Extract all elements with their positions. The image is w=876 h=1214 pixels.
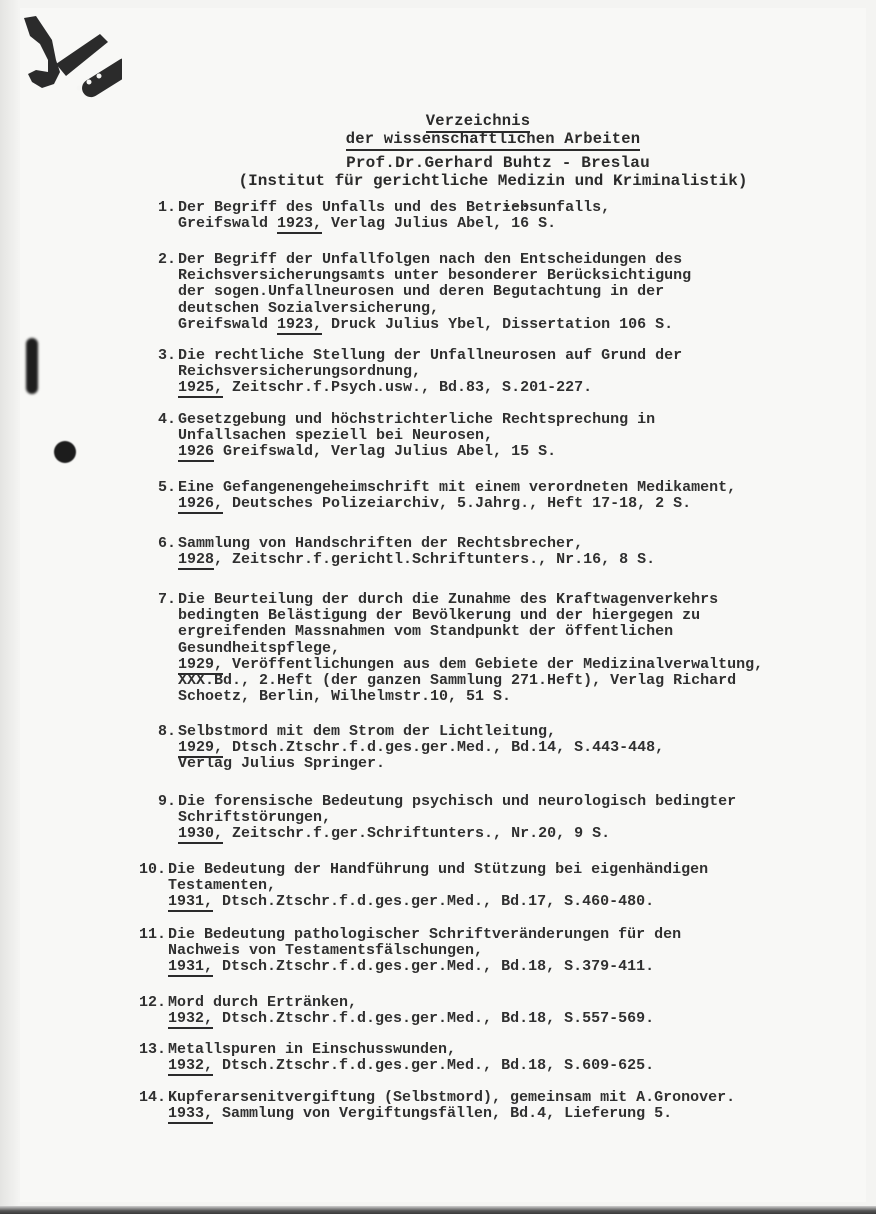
- entry-title-line: Selbstmord mit dem Strom der Lichtleitun…: [178, 724, 664, 740]
- entry-citation-line: 1929, Veröffentlichungen aus dem Gebiete…: [178, 657, 763, 673]
- document-subtitle: der wissenschaftlichen Arbeiten: [110, 130, 876, 148]
- publication-year: 1926: [178, 443, 214, 462]
- publication-year: 1932,: [168, 1057, 213, 1076]
- citation-place: Greifswald: [178, 215, 277, 232]
- entry-citation-line: 1932, Dtsch.Ztschr.f.d.ges.ger.Med., Bd.…: [168, 1011, 654, 1027]
- publication-entry: 1.Der Begriff des Unfalls und des Betrie…: [120, 200, 610, 232]
- entry-title-line: Die Bedeutung pathologischer Schriftverä…: [168, 927, 681, 943]
- citation-details: Greifswald, Verlag Julius Abel, 15 S.: [214, 443, 556, 460]
- entry-number: 12.: [110, 995, 166, 1011]
- entry-citation-line: Greifswald 1923, Verlag Julius Abel, 16 …: [178, 216, 610, 232]
- entry-citation-line: 1928, Zeitschr.f.gerichtl.Schriftunters.…: [178, 552, 655, 568]
- publication-year: 1923,: [277, 316, 322, 335]
- entry-title-line: deutschen Sozialversicherung,: [178, 301, 691, 317]
- entry-number: 9.: [120, 794, 176, 810]
- punch-hole: [54, 441, 76, 463]
- citation-details: , Zeitschr.f.gerichtl.Schriftunters., Nr…: [214, 551, 655, 568]
- entry-body: Gesetzgebung und höchstrichterliche Rech…: [178, 412, 655, 461]
- publication-entry: 9.Die forensische Bedeutung psychisch un…: [120, 794, 736, 843]
- entry-title-line: Kupferarsenitvergiftung (Selbstmord), ge…: [168, 1090, 735, 1106]
- entry-citation-line: 1926 Greifswald, Verlag Julius Abel, 15 …: [178, 444, 655, 460]
- document-title: Verzeichnis: [80, 112, 876, 130]
- citation-details: Zeitschr.f.ger.Schriftunters., Nr.20, 9 …: [223, 825, 610, 842]
- entry-title-line: Die forensische Bedeutung psychisch und …: [178, 794, 736, 810]
- citation-details: Dtsch.Ztschr.f.d.ges.ger.Med., Bd.18, S.…: [213, 958, 654, 975]
- entry-title-line: Die rechtliche Stellung der Unfallneuros…: [178, 348, 682, 364]
- entry-number: 6.: [120, 536, 176, 552]
- entry-title-line: der sogen.Unfallneurosen und deren Begut…: [178, 284, 691, 300]
- entry-citation-continuation: Schoetz, Berlin, Wilhelmstr.10, 51 S.: [178, 689, 763, 705]
- entry-body: Der Begriff der Unfallfolgen nach den En…: [178, 252, 691, 333]
- entry-number: 14.: [110, 1090, 166, 1106]
- entry-title-line: ergreifenden Massnahmen vom Standpunkt d…: [178, 624, 763, 640]
- citation-details: Verlag Julius Abel, 16 S.: [322, 215, 556, 232]
- entry-title-line: Der Begriff der Unfallfolgen nach den En…: [178, 252, 691, 268]
- entry-body: Die rechtliche Stellung der Unfallneuros…: [178, 348, 682, 397]
- publication-year: 1930,: [178, 825, 223, 844]
- publication-entry: 8.Selbstmord mit dem Strom der Lichtleit…: [120, 724, 664, 773]
- entry-citation-line: 1932, Dtsch.Ztschr.f.d.ges.ger.Med., Bd.…: [168, 1058, 654, 1074]
- entry-title-line: Reichsversicherungsordnung,: [178, 364, 682, 380]
- binding-mark: [26, 338, 38, 394]
- entry-title-line: bedingten Belästigung der Bevölkerung un…: [178, 608, 763, 624]
- entry-number: 10.: [110, 862, 166, 878]
- entry-title-line: Gesundheitspflege,: [178, 641, 763, 657]
- entry-citation-line: 1930, Zeitschr.f.ger.Schriftunters., Nr.…: [178, 826, 736, 842]
- entry-title-line: Reichsversicherungsamts unter besonderer…: [178, 268, 691, 284]
- citation-details: Dtsch.Ztschr.f.d.ges.ger.Med., Bd.14, S.…: [223, 739, 664, 756]
- publication-year: 1933,: [168, 1105, 213, 1124]
- entry-title-line: Mord durch Ertränken,: [168, 995, 654, 1011]
- entry-citation-continuation: Verlag Julius Springer.: [178, 756, 664, 772]
- entry-body: Die Beurteilung der durch die Zunahme de…: [178, 592, 763, 705]
- institute-line: (Institut für gerichtliche Medizin und K…: [110, 172, 876, 190]
- entry-citation-continuation: XXX.Bd., 2.Heft (der ganzen Sammlung 271…: [178, 673, 763, 689]
- publication-year: 1926,: [178, 495, 223, 514]
- citation-details: Dtsch.Ztschr.f.d.ges.ger.Med., Bd.17, S.…: [213, 893, 654, 910]
- publication-entry: 10.Die Bedeutung der Handführung und Stü…: [110, 862, 708, 911]
- entry-body: Die Bedeutung der Handführung und Stützu…: [168, 862, 708, 911]
- publication-entry: 7.Die Beurteilung der durch die Zunahme …: [120, 592, 763, 705]
- citation-details: Veröffentlichungen aus dem Gebiete der M…: [223, 656, 763, 673]
- entry-body: Mord durch Ertränken,1932, Dtsch.Ztschr.…: [168, 995, 654, 1027]
- publication-entry: 14.Kupferarsenitvergiftung (Selbstmord),…: [110, 1090, 735, 1122]
- entry-title-line: Unfallsachen speziell bei Neurosen,: [178, 428, 655, 444]
- entry-citation-line: 1926, Deutsches Polizeiarchiv, 5.Jahrg.,…: [178, 496, 736, 512]
- publication-entry: 2.Der Begriff der Unfallfolgen nach den …: [120, 252, 691, 333]
- entry-number: 13.: [110, 1042, 166, 1058]
- publication-year: 1923,: [277, 215, 322, 234]
- entry-number: 1.: [120, 200, 176, 216]
- entry-number: 3.: [120, 348, 176, 364]
- publication-year: 1932,: [168, 1010, 213, 1029]
- author-line: Prof.Dr.Gerhard Buhtz - Breslau: [120, 154, 876, 172]
- entry-title-line: Testamenten,: [168, 878, 708, 894]
- publication-entry: 3.Die rechtliche Stellung der Unfallneur…: [120, 348, 682, 397]
- entry-title-line: Die Bedeutung der Handführung und Stützu…: [168, 862, 708, 878]
- publication-entry: 5.Eine Gefangenengeheimschrift mit einem…: [120, 480, 736, 512]
- publication-year: 1925,: [178, 379, 223, 398]
- entry-citation-line: 1925, Zeitschr.f.Psych.usw., Bd.83, S.20…: [178, 380, 682, 396]
- entry-citation-line: 1933, Sammlung von Vergiftungsfällen, Bd…: [168, 1106, 735, 1122]
- publication-entry: 6.Sammlung von Handschriften der Rechtsb…: [120, 536, 655, 568]
- citation-details: Zeitschr.f.Psych.usw., Bd.83, S.201-227.: [223, 379, 592, 396]
- entry-number: 4.: [120, 412, 176, 428]
- citation-details: Dtsch.Ztschr.f.d.ges.ger.Med., Bd.18, S.…: [213, 1057, 654, 1074]
- citation-details: Sammlung von Vergiftungsfällen, Bd.4, Li…: [213, 1105, 672, 1122]
- entry-title-line: Metallspuren in Einschusswunden,: [168, 1042, 654, 1058]
- entry-citation-line: 1931, Dtsch.Ztschr.f.d.ges.ger.Med., Bd.…: [168, 959, 681, 975]
- entry-citation-line: Greifswald 1923, Druck Julius Ybel, Diss…: [178, 317, 691, 333]
- entry-number: 7.: [120, 592, 176, 608]
- document-header: Verzeichnis der wissenschaftlichen Arbei…: [0, 112, 876, 212]
- entry-title-line: Gesetzgebung und höchstrichterliche Rech…: [178, 412, 655, 428]
- entry-body: Sammlung von Handschriften der Rechtsbre…: [178, 536, 655, 568]
- publication-year: 1931,: [168, 893, 213, 912]
- entry-number: 5.: [120, 480, 176, 496]
- citation-place: Greifswald: [178, 316, 277, 333]
- entry-body: Eine Gefangenengeheimschrift mit einem v…: [178, 480, 736, 512]
- entry-number: 8.: [120, 724, 176, 740]
- citation-details: Deutsches Polizeiarchiv, 5.Jahrg., Heft …: [223, 495, 691, 512]
- entry-title-line: Eine Gefangenengeheimschrift mit einem v…: [178, 480, 736, 496]
- ink-stamp-mark-icon: [22, 14, 122, 104]
- publication-entry: 4.Gesetzgebung und höchstrichterliche Re…: [120, 412, 655, 461]
- entry-body: Kupferarsenitvergiftung (Selbstmord), ge…: [168, 1090, 735, 1122]
- entry-body: Der Begriff des Unfalls und des Betriebs…: [178, 200, 610, 232]
- publication-entry: 13.Metallspuren in Einschusswunden,1932,…: [110, 1042, 654, 1074]
- entry-body: Die forensische Bedeutung psychisch und …: [178, 794, 736, 843]
- publication-entry: 11.Die Bedeutung pathologischer Schriftv…: [110, 927, 681, 976]
- entry-number: 11.: [110, 927, 166, 943]
- citation-details: Druck Julius Ybel, Dissertation 106 S.: [322, 316, 673, 333]
- publication-year: 1928: [178, 551, 214, 570]
- entry-number: 2.: [120, 252, 176, 268]
- entry-citation-line: 1931, Dtsch.Ztschr.f.d.ges.ger.Med., Bd.…: [168, 894, 708, 910]
- entry-title-line: Sammlung von Handschriften der Rechtsbre…: [178, 536, 655, 552]
- citation-details: Dtsch.Ztschr.f.d.ges.ger.Med., Bd.18, S.…: [213, 1010, 654, 1027]
- entry-body: Selbstmord mit dem Strom der Lichtleitun…: [178, 724, 664, 773]
- entry-body: Die Bedeutung pathologischer Schriftverä…: [168, 927, 681, 976]
- entry-citation-line: 1929, Dtsch.Ztschr.f.d.ges.ger.Med., Bd.…: [178, 740, 664, 756]
- entry-title-line: Der Begriff des Unfalls und des Betriebs…: [178, 200, 610, 216]
- entry-title-line: Nachweis von Testamentsfälschungen,: [168, 943, 681, 959]
- publication-year: 1931,: [168, 958, 213, 977]
- page-bottom-edge: [0, 1206, 876, 1214]
- entry-title-line: Schriftstörungen,: [178, 810, 736, 826]
- entry-title-line: Die Beurteilung der durch die Zunahme de…: [178, 592, 763, 608]
- entry-body: Metallspuren in Einschusswunden,1932, Dt…: [168, 1042, 654, 1074]
- publication-entry: 12.Mord durch Ertränken,1932, Dtsch.Ztsc…: [110, 995, 654, 1027]
